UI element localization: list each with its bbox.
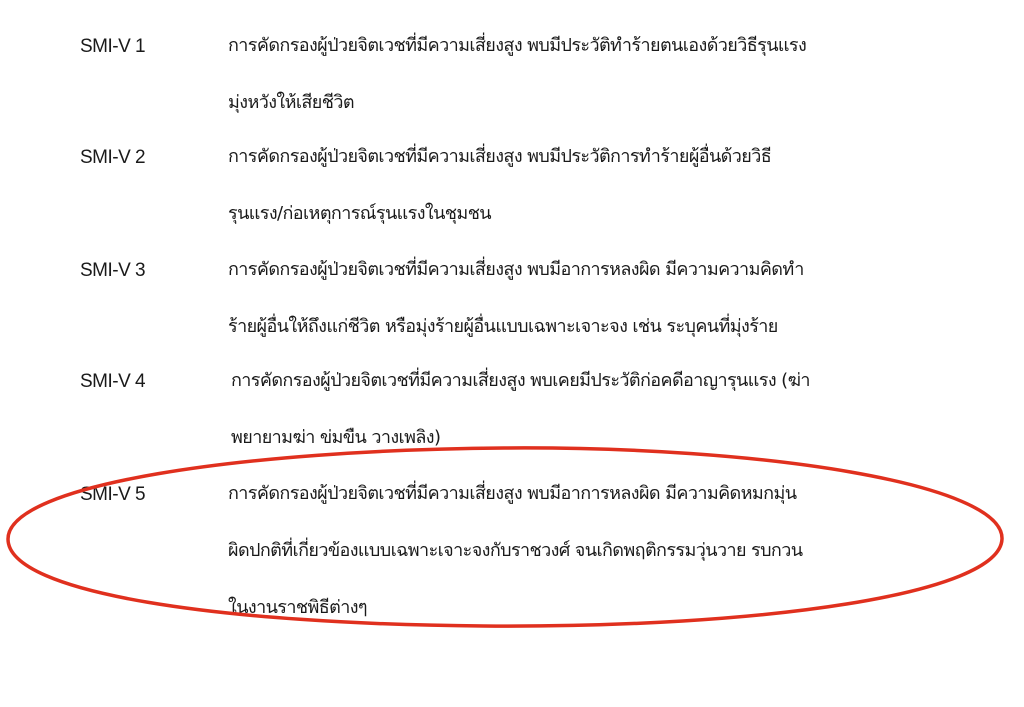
entry-code: SMI-V 4 [80,371,145,393]
description-line: การคัดกรองผู้ป่วยจิตเวชที่มีความเสี่ยงสู… [228,241,948,298]
description-line: การคัดกรองผู้ป่วยจิตเวชที่มีความเสี่ยงสู… [228,128,948,185]
entry-description: การคัดกรองผู้ป่วยจิตเวชที่มีความเสี่ยงสู… [228,465,948,636]
entry-code: SMI-V 1 [80,36,145,58]
description-line: มุ่งหวังให้เสียชีวิต [228,74,948,131]
entry-code: SMI-V 2 [80,147,145,169]
description-line: ในงานราชพิธีต่างๆ [228,579,948,636]
entry-code: SMI-V 5 [80,484,145,506]
entry-description: การคัดกรองผู้ป่วยจิตเวชที่มีความเสี่ยงสู… [231,352,951,466]
description-line: ผิดปกติที่เกี่ยวข้องแบบเฉพาะเจาะจงกับราช… [228,522,948,579]
entry-description: การคัดกรองผู้ป่วยจิตเวชที่มีความเสี่ยงสู… [228,17,948,131]
entry-description: การคัดกรองผู้ป่วยจิตเวชที่มีความเสี่ยงสู… [228,128,948,242]
document-page: SMI-V 1 การคัดกรองผู้ป่วยจิตเวชที่มีความ… [0,0,1024,707]
description-line: รุนแรง/ก่อเหตุการณ์รุนแรงในชุมชน [228,185,948,242]
description-line: พยายามฆ่า ข่มขืน วางเพลิง) [231,409,951,466]
description-line: การคัดกรองผู้ป่วยจิตเวชที่มีความเสี่ยงสู… [228,17,948,74]
description-line: การคัดกรองผู้ป่วยจิตเวชที่มีความเสี่ยงสู… [231,352,951,409]
description-line: การคัดกรองผู้ป่วยจิตเวชที่มีความเสี่ยงสู… [228,465,948,522]
entry-code: SMI-V 3 [80,260,145,282]
entry-description: การคัดกรองผู้ป่วยจิตเวชที่มีความเสี่ยงสู… [228,241,948,355]
description-line: ร้ายผู้อื่นให้ถึงแก่ชีวิต หรือมุ่งร้ายผู… [228,298,948,355]
